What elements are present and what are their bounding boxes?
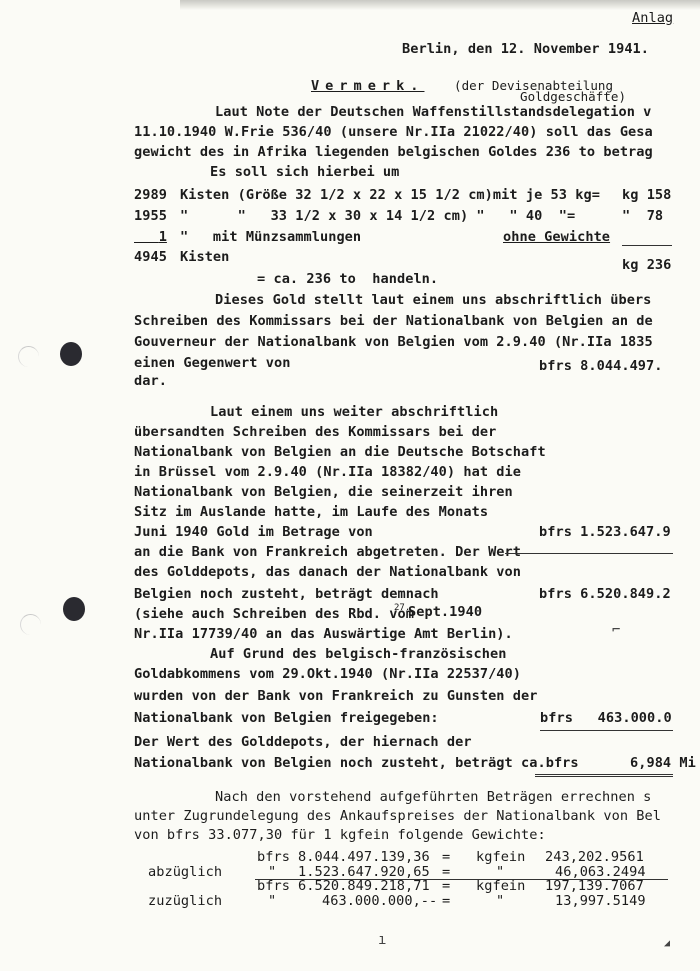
paragraph-3-line: Nationalbank von Belgien, die seinerzeit… (134, 484, 513, 500)
paragraph-3-date-tail: Sept.1940 (408, 604, 482, 620)
calc-kg-prefix: kgfein (476, 878, 525, 894)
crate-count-value: 1 (159, 229, 167, 245)
calc-bfrs-prefix: bfrs (257, 849, 290, 865)
paragraph-1-line: 11.10.1940 W.Frie 536/40 (unsere Nr.IIa … (134, 124, 653, 140)
document-title: Vermerk. (311, 78, 424, 94)
paragraph-5-line: unter Zugrundelegung des Ankaufspreises … (134, 808, 661, 824)
paragraph-4-line: wurden von der Bank von Frankreich zu Gu… (134, 688, 537, 704)
paragraph-4-line: Der Wert des Golddepots, der hiernach de… (134, 734, 472, 750)
paragraph-5-line: von bfrs 33.077,30 für 1 kgfein folgende… (134, 827, 546, 843)
paragraph-2-amount: bfrs 8.044.497. (539, 358, 663, 374)
punch-hole-ghost (20, 614, 41, 635)
paragraph-4-line: Nationalbank von Belgien freigegeben: (134, 710, 439, 726)
paragraph-3-line: Belgien noch zusteht, beträgt demnach (134, 586, 439, 602)
double-rule (535, 774, 673, 777)
crate-weight: kg 158 (622, 187, 671, 203)
punch-hole-ghost (18, 346, 39, 367)
calc-equals: = (442, 893, 450, 909)
crate-weight: " 78 (622, 208, 663, 224)
calc-equals: = (442, 849, 450, 865)
paragraph-3-line: (siehe auch Schreiben des Rbd. vom (134, 606, 414, 622)
calc-equals: = (442, 878, 450, 894)
crate-count: 1955 (134, 208, 167, 224)
paragraph-3-line: Sitz im Auslande hatte, im Laufe des Mon… (134, 504, 488, 520)
calc-kg: 13,997.5149 (555, 893, 646, 909)
calc-bfrs-prefix: bfrs (257, 878, 290, 894)
paragraph-1-line: Es soll sich hierbei um (210, 164, 399, 180)
paragraph-4-line: Auf Grund des belgisch-französischen (210, 646, 506, 662)
calc-bfrs: 8.044.497.139,36 (298, 849, 430, 865)
paragraph-3-line: übersandten Schreiben des Kommissars bei… (134, 424, 496, 440)
crate-count: 4945 (134, 249, 167, 265)
punch-hole (60, 342, 82, 366)
crates-summary: = ca. 236 to handeln. (257, 271, 438, 287)
calc-kg: 197,139.7067 (545, 878, 644, 894)
paragraph-3-line: Laut einem uns weiter abschriftlich (210, 404, 498, 420)
crate-desc: " mit Münzsammlungen (180, 229, 361, 245)
paragraph-3-line: Juni 1940 Gold im Betrage von (134, 524, 373, 540)
paragraph-3-line: in Brüssel vom 2.9.40 (Nr.IIa 18382/40) … (134, 464, 521, 480)
paragraph-3-line: Nr.IIa 17739/40 an das Auswärtige Amt Be… (134, 626, 513, 642)
paragraph-2-line: einen Gegenwert von (134, 355, 290, 371)
corner-mark: ◢ (664, 938, 670, 949)
crate-desc: " " 33 1/2 x 30 x 14 1/2 cm) " " 40 "= (180, 208, 575, 224)
paragraph-2-line: Dieses Gold stellt laut einem uns abschr… (215, 292, 651, 308)
crate-note: ohne Gewichte (503, 229, 610, 245)
punch-hole (63, 597, 85, 621)
paragraph-2-line: Gouverneur der Nationalbank von Belgien … (134, 334, 653, 350)
paragraph-4-line: Goldabkommens vom 29.Okt.1940 (Nr.IIa 22… (134, 666, 521, 682)
crate-desc: Kisten (Größe 32 1/2 x 22 x 15 1/2 cm)mi… (180, 187, 600, 203)
paragraph-3-amount: bfrs 1.523.647.9 (539, 524, 671, 540)
paragraph-5-line: Nach den vorstehend aufgeführten Beträge… (215, 789, 651, 805)
calc-label: zuzüglich (148, 893, 222, 909)
calc-label: abzüglich (148, 864, 222, 880)
department-line-2: Goldgeschäfte) (520, 89, 626, 105)
sum-rule (622, 245, 672, 246)
crate-desc: Kisten (180, 249, 229, 265)
subtraction-rule (505, 553, 673, 554)
crate-count: 2989 (134, 187, 167, 203)
paragraph-4-amount: bfrs 463.000.0 (540, 710, 672, 726)
paragraph-4-total: 6,984 Mi (630, 755, 696, 771)
sum-rule (540, 730, 673, 731)
calc-bfrs: 6.520.849.218,71 (298, 878, 430, 894)
place-date: Berlin, den 12. November 1941. (402, 41, 649, 57)
paragraph-1-line: Laut Note der Deutschen Waffenstillstand… (215, 104, 651, 120)
pen-mark: ı (378, 932, 386, 948)
paragraph-4-line: Nationalbank von Belgien noch zusteht, b… (134, 755, 579, 771)
pen-mark: ⌐ (612, 622, 620, 638)
paragraph-2-line: Schreiben des Kommissars bei der Nationa… (134, 313, 653, 329)
attachment-label: Anlag (632, 10, 673, 26)
scan-noise (180, 0, 700, 10)
paragraph-3-line: Nationalbank von Belgien an die Deutsche… (134, 444, 546, 460)
paragraph-3-line: an die Bank von Frankreich abgetreten. D… (134, 544, 521, 560)
crate-weight-total: kg 236 (622, 257, 671, 273)
paragraph-2-line: dar. (134, 373, 167, 389)
paragraph-3-amount: bfrs 6.520.849.2 (539, 586, 671, 602)
crate-count: 1 (134, 229, 167, 245)
calc-kg-prefix: " (496, 893, 504, 909)
calc-kg: 243,202.9561 (545, 849, 644, 865)
calc-bfrs: 463.000.000,-- (322, 893, 437, 909)
paragraph-3-line: des Golddepots, das danach der Nationalb… (134, 564, 521, 580)
calc-kg-prefix: kgfein (476, 849, 525, 865)
paragraph-1-line: gewicht des in Afrika liegenden belgisch… (134, 144, 653, 160)
calc-bfrs-prefix: " (268, 893, 276, 909)
